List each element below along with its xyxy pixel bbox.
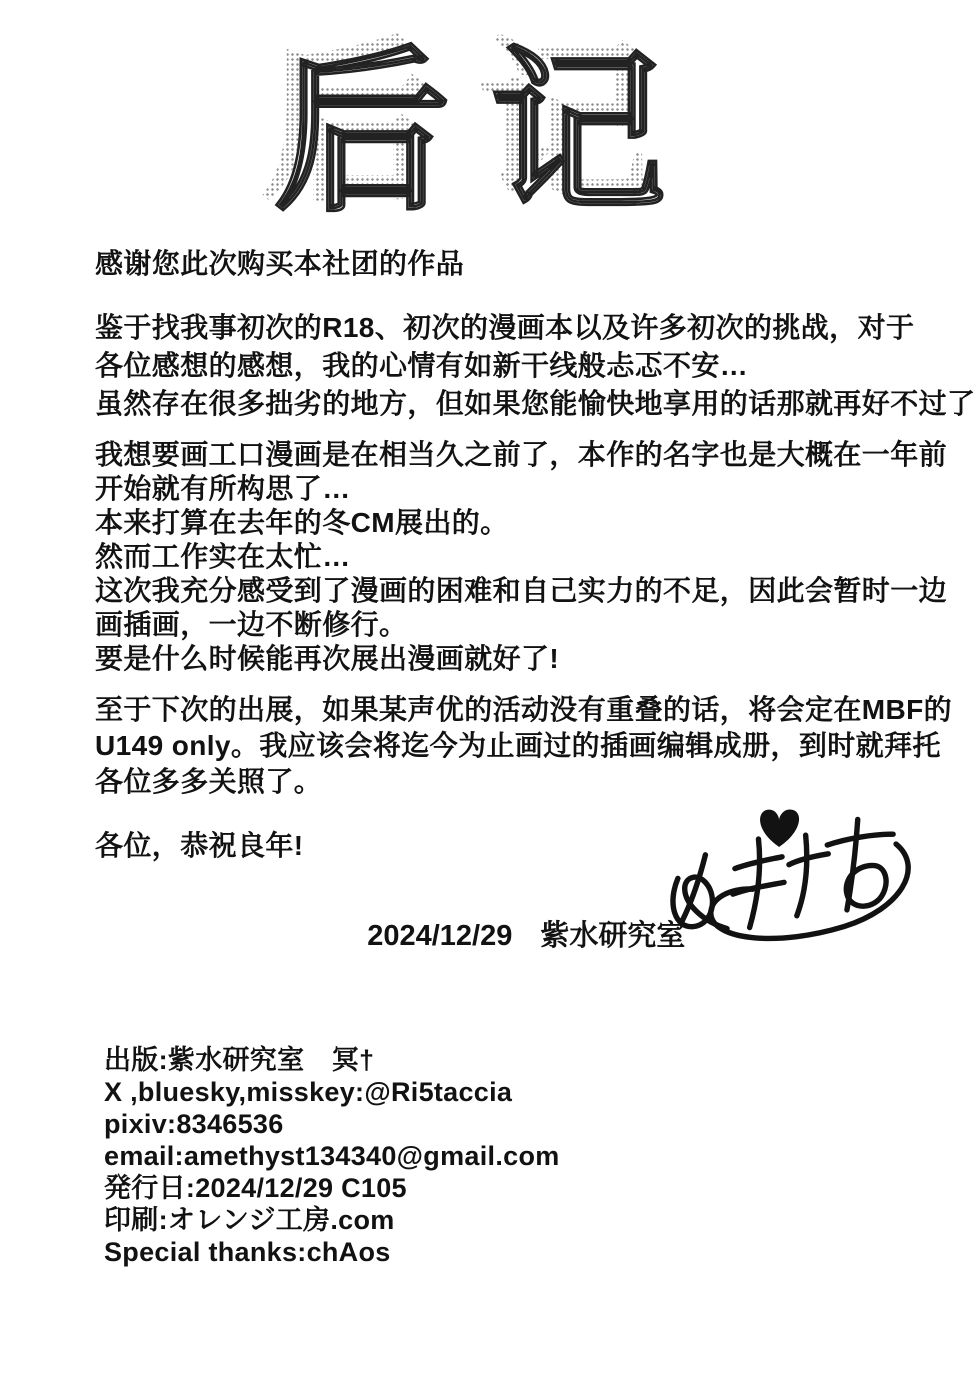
paragraph-manga-history: 我想要画工口漫画是在相当久之前了，本作的名字也是大概在一年前 开始就有所构思了…… [95,438,947,676]
body-line: 至于下次的出展，如果某声优的活动没有重叠的话，将会定在MBF的 [95,692,952,728]
paragraph-closing: 各位，恭祝良年! [95,824,304,864]
paragraph-first-works: 鉴于找我事初次的R18、初次的漫画本以及许多初次的挑战，对于 各位感想的感想，我… [95,309,975,423]
colophon-publisher: 出版:紫水研究室 冥† [104,1044,560,1076]
body-line: 画插画，一边不断修行。 [95,608,947,642]
signature-strokes [673,819,908,938]
body-line: 各位，恭祝良年! [95,824,304,864]
colophon-printer: 印刷:オレンジ工房.com [104,1204,560,1236]
body-line: 开始就有所构思了… [95,472,947,506]
body-line: 各位感想的感想，我的心情有如新干线般忐忑不安… [95,347,975,385]
afterword-page: 后记 后记 感谢您此次购买本社团的作品 鉴于找我事初次的R18、初次的漫画本以及… [0,0,980,1387]
body-line: 然而工作实在太忙… [95,540,947,574]
colophon-pixiv: pixiv:8346536 [104,1108,560,1140]
colophon-block: 出版:紫水研究室 冥† X ,bluesky,misskey:@Ri5tacci… [104,1044,560,1268]
artist-signature [648,788,924,960]
paragraph-thanks: 感谢您此次购买本社团的作品 [95,242,464,282]
colophon-email: email:amethyst134340@gmail.com [104,1140,560,1172]
heart-icon [760,810,799,847]
title-text: 后记 [274,36,706,232]
colophon-publish-date: 発行日:2024/12/29 C105 [104,1172,560,1204]
signoff-date: 2024/12/29 [367,920,512,952]
body-line: 鉴于找我事初次的R18、初次的漫画本以及许多初次的挑战，对于 [95,309,975,347]
body-line: 虽然存在很多拙劣的地方，但如果您能愉快地享用的话那就再好不过了 [95,385,975,423]
colophon-social: X ,bluesky,misskey:@Ri5taccia [104,1076,560,1108]
body-line: 要是什么时候能再次展出漫画就好了! [95,642,947,676]
signoff-line: 2024/12/29紫水研究室 [335,880,685,987]
body-line: 我想要画工口漫画是在相当久之前了，本作的名字也是大概在一年前 [95,438,947,472]
page-title: 后记 后记 [274,42,706,227]
body-line: 本来打算在去年的冬CM展出的。 [95,506,947,540]
body-line: 感谢您此次购买本社团的作品 [95,242,464,282]
paragraph-next-event: 至于下次的出展，如果某声优的活动没有重叠的话，将会定在MBF的 U149 onl… [95,692,952,800]
body-line: 这次我充分感受到了漫画的困难和自己实力的不足，因此会暂时一边 [95,574,947,608]
body-line: U149 only。我应该会将迄今为止画过的插画编辑成册，到时就拜托 [95,728,952,764]
colophon-special-thanks: Special thanks:chAos [104,1236,560,1268]
